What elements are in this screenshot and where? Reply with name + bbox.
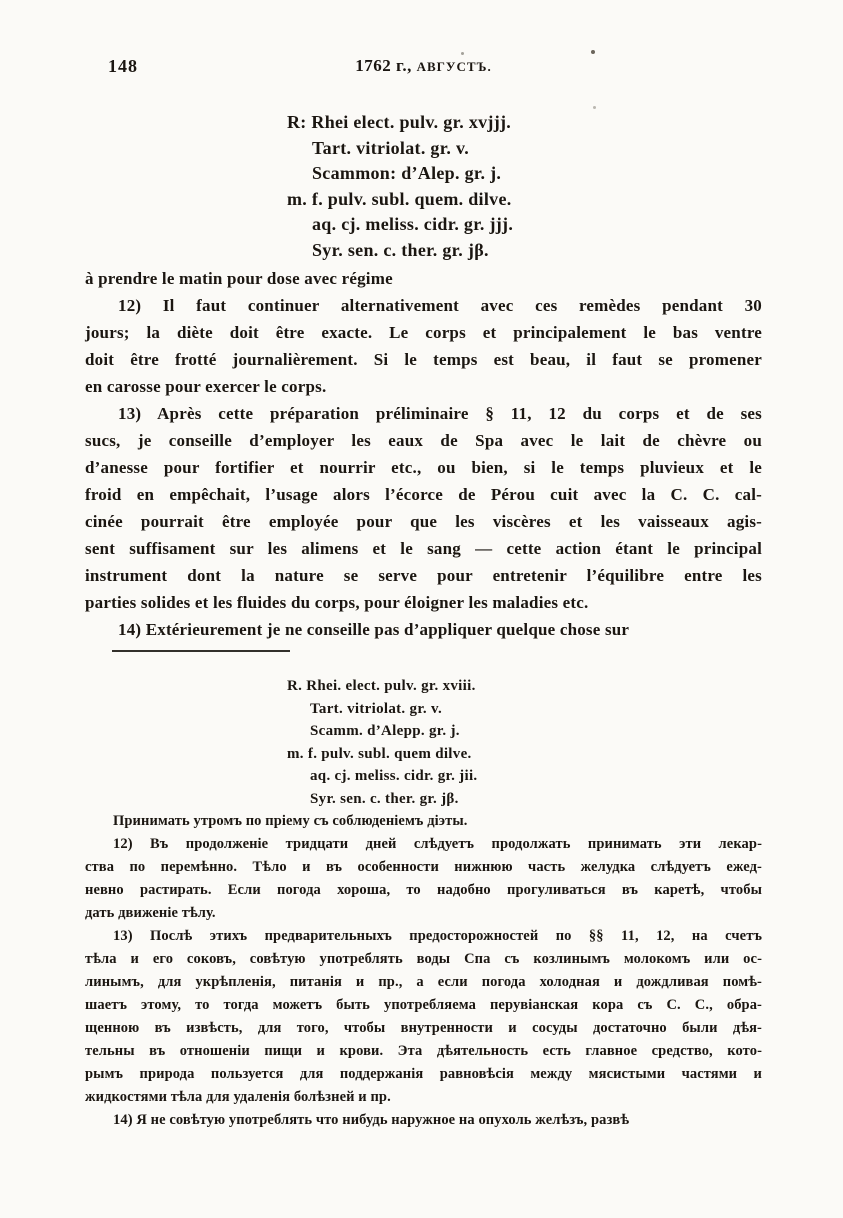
french-paragraph-12: 12) Il faut continuer alternativement av… xyxy=(85,292,762,400)
text-line: шаетъ этому, то тогда можетъ быть употре… xyxy=(85,994,762,1017)
french-paragraph-14: 14) Extérieurement je ne conseille pas d… xyxy=(85,616,762,643)
text-line: 14) Extérieurement je ne conseille pas d… xyxy=(85,616,762,643)
page-content: 148 1762 г., АВГУСТЪ. R: Rhei elect. pul… xyxy=(85,0,762,1132)
running-title: 1762 г., АВГУСТЪ. xyxy=(355,56,491,75)
prescription-line: Syr. sen. c. ther. gr. jβ. xyxy=(287,788,762,811)
text-line: doit être frotté journalièrement. Si le … xyxy=(85,346,762,373)
text-line: froid en empêchait, l’usage alors l’écor… xyxy=(85,481,762,508)
prescription-line: aq. cj. meliss. cidr. gr. jjj. xyxy=(287,212,762,238)
prescription-line: Syr. sen. c. ther. gr. jβ. xyxy=(287,238,762,264)
scanned-book-page: 148 1762 г., АВГУСТЪ. R: Rhei elect. pul… xyxy=(0,0,843,1218)
page-number: 148 xyxy=(108,56,138,77)
page-header: 148 1762 г., АВГУСТЪ. xyxy=(85,0,762,80)
footnote-separator-rule xyxy=(112,650,290,652)
text-line: жидкостями тѣла для удаленія болѣзней и … xyxy=(85,1086,762,1109)
prescription-line: m. f. pulv. subl. quem dilve. xyxy=(287,743,762,766)
text-line: 12) Въ продолженіе тридцати дней слѣдует… xyxy=(85,833,762,856)
text-line: cinée pourrait être employée pour que le… xyxy=(85,508,762,535)
text-line: sucs, je conseille d’employer les eaux d… xyxy=(85,427,762,454)
text-line: d’anesse pour fortifier et nourrir etc.,… xyxy=(85,454,762,481)
text-line: 13) Послѣ этихъ предварительныхъ предост… xyxy=(85,925,762,948)
french-dose-line: à prendre le matin pour dose avec régime xyxy=(85,265,762,292)
text-line: рымъ природа пользуется для поддержанія … xyxy=(85,1063,762,1086)
text-line: щенною въ извѣсть, для того, чтобы внутр… xyxy=(85,1017,762,1040)
running-title-month: АВГУСТЪ. xyxy=(417,59,492,74)
russian-paragraph-13: 13) Послѣ этихъ предварительныхъ предост… xyxy=(85,925,762,1109)
russian-paragraph-14: 14) Я не совѣтую употреблять что нибудь … xyxy=(85,1109,762,1132)
text-line: jours; la diète doit être exacte. Le cor… xyxy=(85,319,762,346)
text-line: тѣла и его соковъ, совѣтую употреблять в… xyxy=(85,948,762,971)
prescription-line: Scammon: d’Alep. gr. j. xyxy=(287,161,762,187)
latin-prescription-footnote: R. Rhei. elect. pulv. gr. xviii.Tart. vi… xyxy=(287,675,762,810)
text-line: en carosse pour exercer le corps. xyxy=(85,373,762,400)
text-line: parties solides et les fluides du corps,… xyxy=(85,589,762,616)
latin-prescription-top: R: Rhei elect. pulv. gr. xvjjj.Tart. vit… xyxy=(287,110,762,263)
prescription-line: R. Rhei. elect. pulv. gr. xviii. xyxy=(287,675,762,698)
russian-intro-line: Принимать утромъ по пріему съ соблюденіе… xyxy=(85,810,762,833)
prescription-line: R: Rhei elect. pulv. gr. xvjjj. xyxy=(287,110,762,136)
text-line: тельны въ отношеніи пищи и крови. Эта дѣ… xyxy=(85,1040,762,1063)
french-paragraph-13: 13) Après cette préparation préliminaire… xyxy=(85,400,762,616)
text-line: 12) Il faut continuer alternativement av… xyxy=(85,292,762,319)
french-section: à prendre le matin pour dose avec régime… xyxy=(85,265,762,643)
running-title-year: 1762 г., xyxy=(355,56,416,75)
russian-paragraph-12: 12) Въ продолженіе тридцати дней слѣдует… xyxy=(85,833,762,925)
text-line: дать движеніе тѣлу. xyxy=(85,902,762,925)
prescription-line: Tart. vitriolat. gr. v. xyxy=(287,698,762,721)
russian-section: Принимать утромъ по пріему съ соблюденіе… xyxy=(85,810,762,1132)
prescription-line: Scamm. d’Alepp. gr. j. xyxy=(287,720,762,743)
prescription-line: m. f. pulv. subl. quem. dilve. xyxy=(287,187,762,213)
text-line: ства по перемѣнно. Тѣло и въ особенности… xyxy=(85,856,762,879)
text-line: sent suffisament sur les alimens et le s… xyxy=(85,535,762,562)
text-line: линымъ, для укрѣпленія, питанія и пр., а… xyxy=(85,971,762,994)
prescription-line: Tart. vitriolat. gr. v. xyxy=(287,136,762,162)
text-line: instrument dont la nature se serve pour … xyxy=(85,562,762,589)
text-line: 13) Après cette préparation préliminaire… xyxy=(85,400,762,427)
text-line: 14) Я не совѣтую употреблять что нибудь … xyxy=(85,1109,762,1132)
text-line: невно растирать. Если погода хороша, то … xyxy=(85,879,762,902)
prescription-line: aq. cj. meliss. cidr. gr. jii. xyxy=(287,765,762,788)
